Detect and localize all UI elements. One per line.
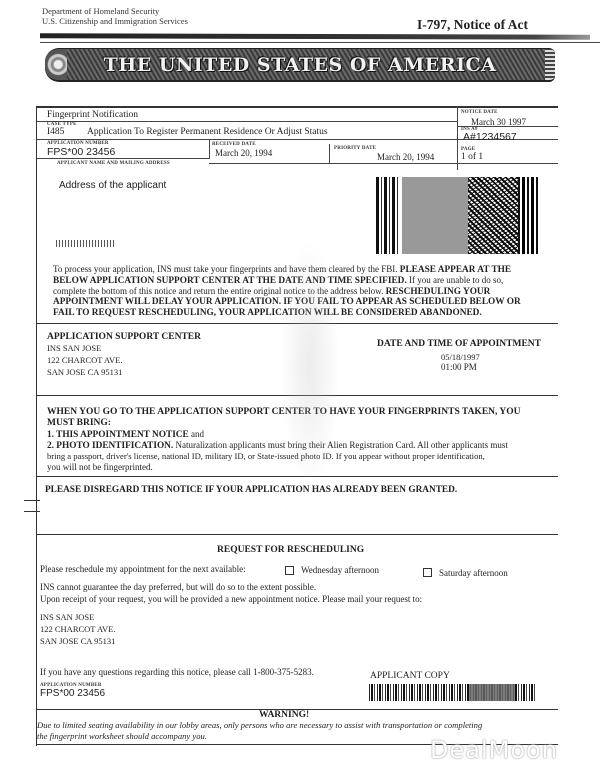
notice-date-label: NOTICE DATE [461,110,498,115]
divider [37,106,558,108]
agency-header: Department of Homeland Security U.S. Cit… [42,6,188,26]
form-title: I-797, Notice of Act [417,17,528,33]
divider [457,106,458,170]
usa-banner: THE UNITED STATES OF AMERICA [45,48,555,82]
mail-address-3: SAN JOSE CA 95131 [40,636,115,646]
2d-barcode [376,177,539,254]
banner-text: THE UNITED STATES OF AMERICA [104,54,497,76]
application-number: FPS*00 23456 [47,146,115,158]
support-center-address-3: SAN JOSE CA 95131 [47,367,122,377]
case-type-description: Application To Register Permanent Reside… [87,127,328,137]
divider [37,534,558,535]
questions-line: If you have any questions regarding this… [40,667,314,679]
reschedule-prompt: Please reschedule my appointment for the… [40,564,246,576]
reschedule-note-1: INS cannot guarantee the day preferred, … [40,582,316,594]
priority-date: March 20, 1994 [377,152,434,162]
divider [37,476,558,477]
support-center-heading: APPLICATION SUPPORT CENTER [47,332,201,342]
appointment-heading: DATE AND TIME OF APPOINTMENT [377,339,541,349]
bring-item-2-line-3: you will not be fingerprinted. [47,462,153,474]
appointment-date: 05/18/1997 [441,352,480,362]
bring-heading-1: WHEN YOU GO TO THE APPLICATION SUPPORT C… [47,407,521,417]
warning-heading: WARNING! [259,710,309,720]
notice-type: Fingerprint Notification [47,110,138,120]
support-center-address-2: 122 CHARCOT AVE. [47,355,123,365]
wednesday-checkbox[interactable] [285,566,294,575]
wednesday-label: Wednesday afternoon [301,565,379,577]
priority-date-label: PRIORITY DATE [334,146,376,151]
instructions-line-5: FAIL TO REQUEST RESCHEDULING, YOUR APPLI… [53,308,482,320]
ins-number: A#1234567 [463,131,517,143]
applicant-address: Address of the applicant [59,180,166,191]
support-center-address-1: INS SAN JOSE [47,343,101,353]
case-type-code: I485 [47,127,64,137]
instructions-line-4: APPOINTMENT WILL DELAY YOUR APPLICATION.… [53,297,521,309]
warning-line-1: Due to limited seating availability in o… [37,720,482,732]
saturday-checkbox[interactable] [423,568,432,577]
postal-barcode [56,240,116,247]
received-date-label: RECEIVED DATE [212,142,256,147]
agency-line-1: Department of Homeland Security [42,6,188,16]
applicant-address-label: APPLICANT NAME AND MAILING ADDRESS [57,161,170,166]
warning-line-2: the fingerprint worksheet should accompa… [37,731,207,743]
divider [209,163,558,164]
applicant-copy-barcode [369,684,535,701]
mail-address-1: INS SAN JOSE [40,612,94,622]
header-rule-thin [40,42,600,43]
appointment-time: 01:00 PM [441,362,477,372]
header-rule [40,33,590,39]
divider [37,121,457,122]
divider [37,323,558,324]
received-date: March 20, 1994 [215,148,272,158]
watermark: DealMoon [430,736,558,764]
divider [209,139,210,159]
reschedule-heading: REQUEST FOR RESCHEDULING [217,545,364,555]
reschedule-note-2: Upon receipt of your request, you will b… [40,594,422,606]
scan-mark [24,500,40,512]
mail-address-2: 122 CHARCOT AVE. [40,624,116,634]
agency-line-2: U.S. Citizenship and Immigration Service… [42,16,188,26]
bottom-application-number: FPS*00 23456 [40,688,105,699]
bring-heading-2: MUST BRING: [47,418,111,428]
divider [37,158,209,159]
saturday-label: Saturday afternoon [439,568,508,580]
divider [329,144,330,164]
bring-item-2-line-2: bring a passport, driver's license, nati… [47,451,485,463]
redacted-block [402,177,468,254]
divider [37,395,558,396]
disregard-notice: PLEASE DISREGARD THIS NOTICE IF YOUR APP… [45,485,457,495]
page-number: 1 of 1 [461,152,483,162]
applicant-copy-label: APPLICANT COPY [370,671,450,681]
